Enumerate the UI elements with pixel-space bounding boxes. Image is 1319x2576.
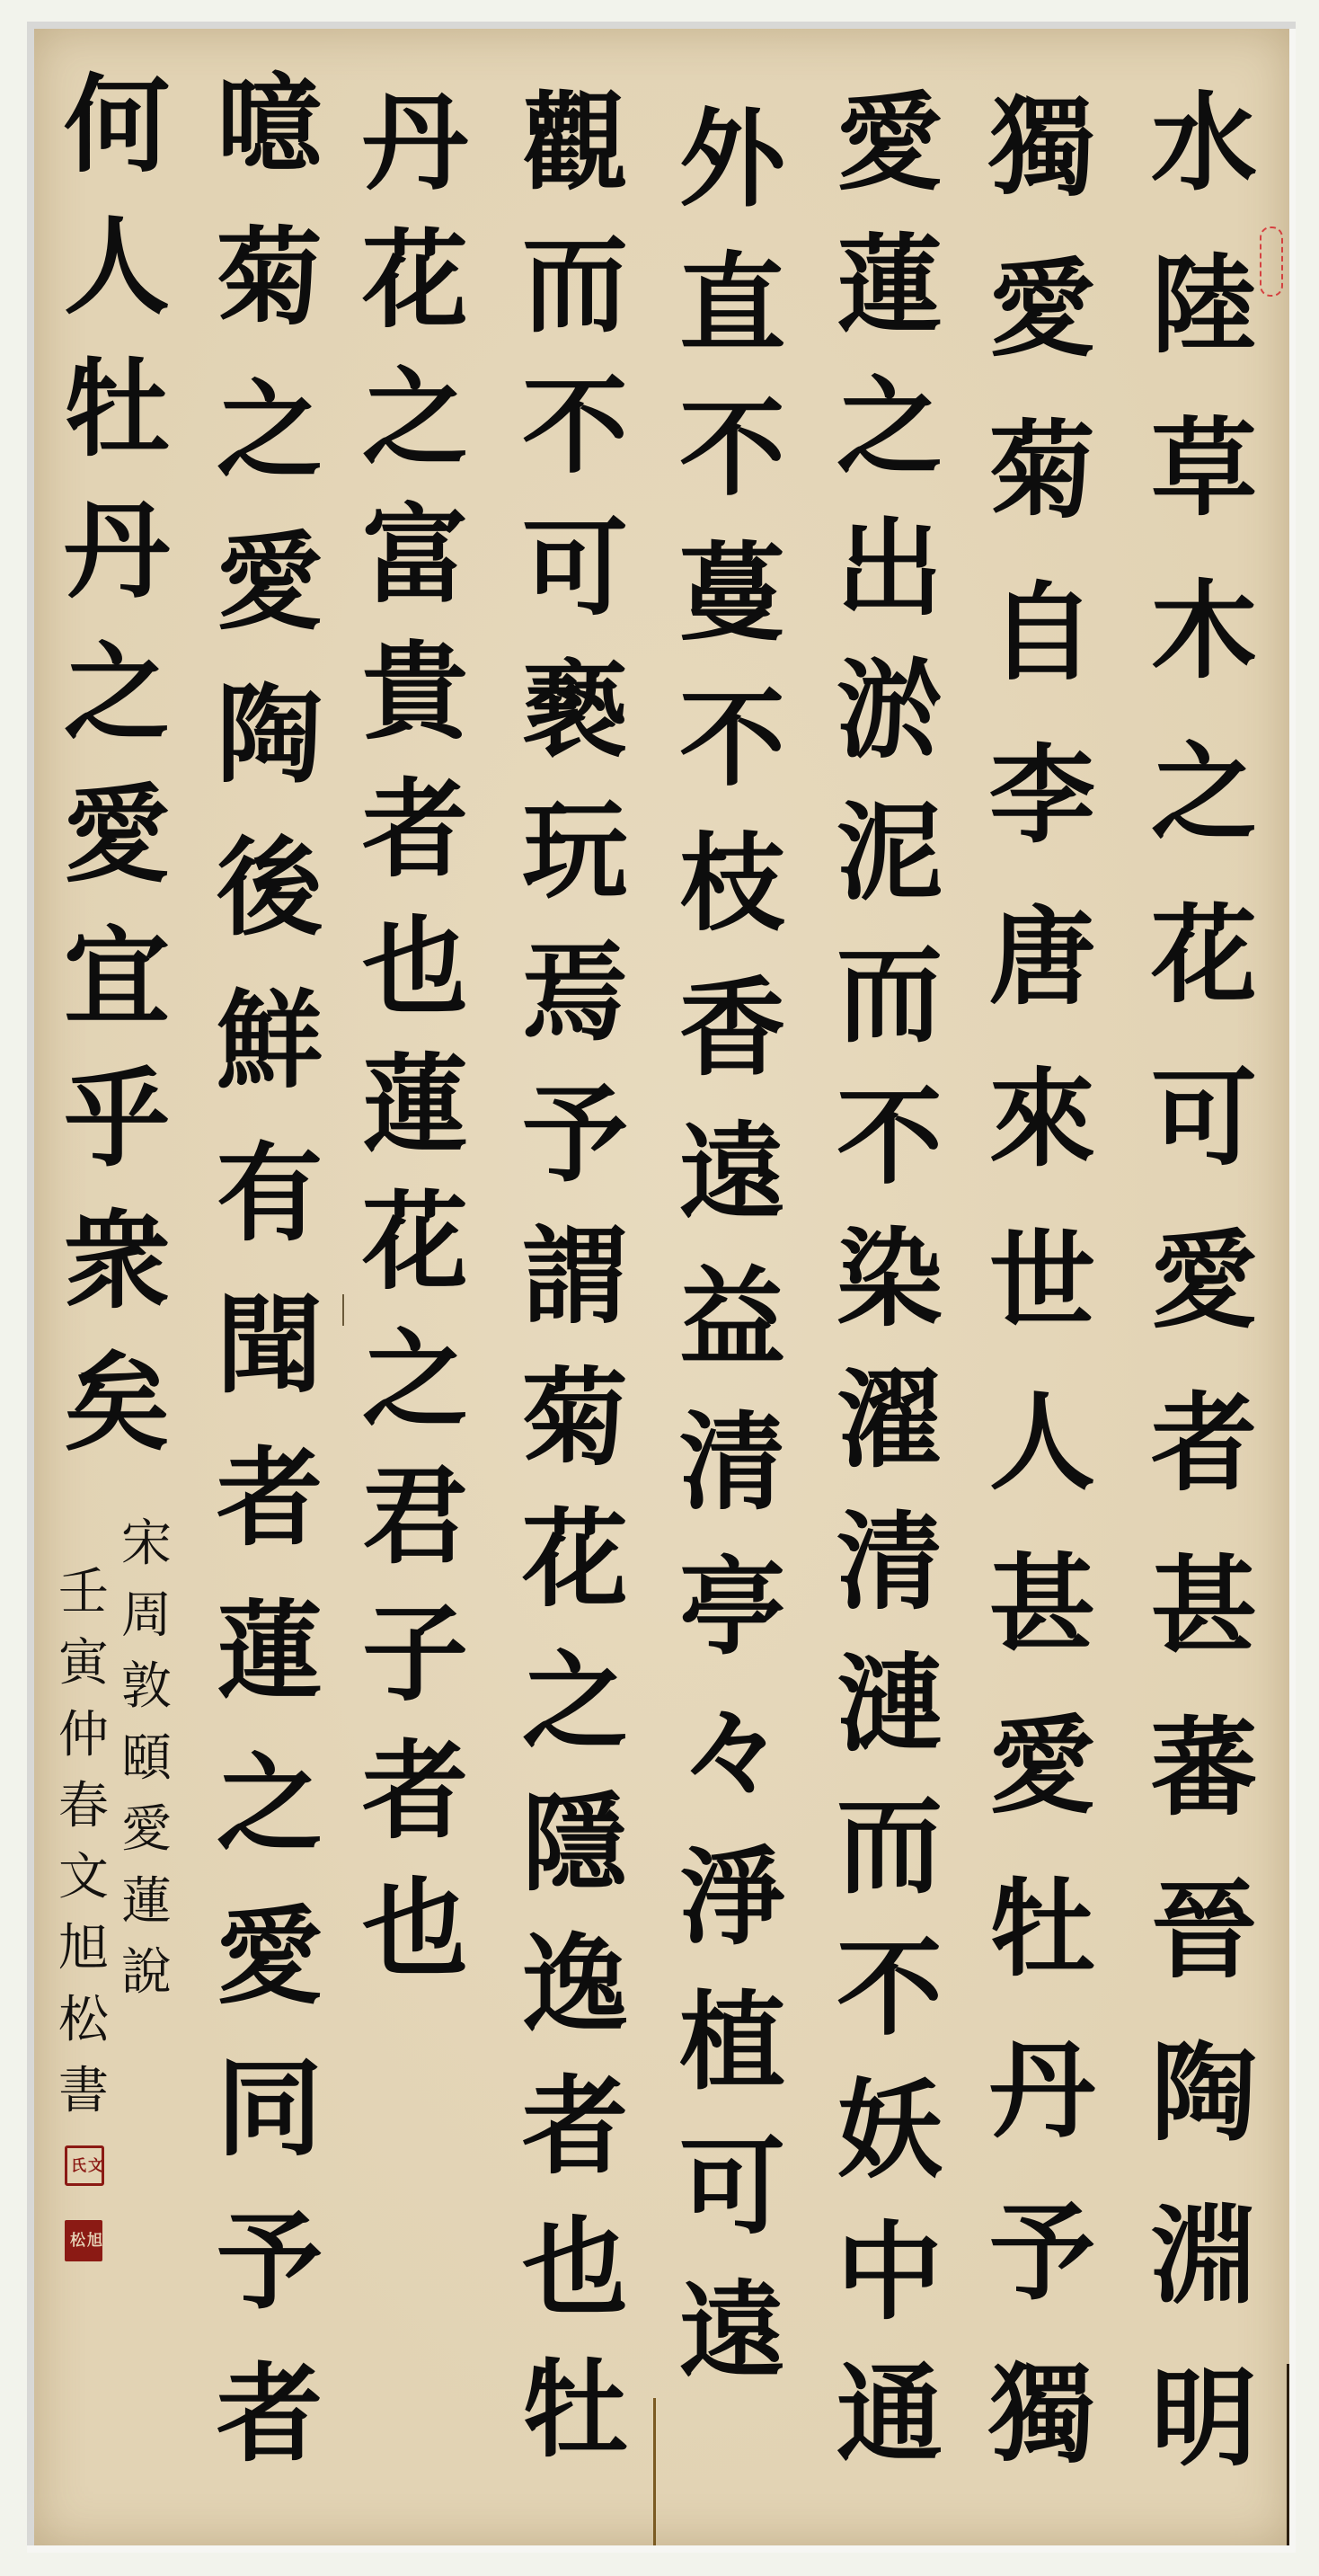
glyph: 而 [837,1793,943,1899]
glyph: 牡 [989,1876,1095,1982]
glyph: 逸 [522,1932,628,2038]
glyph: 有 [217,1141,323,1247]
studio-seal: 旭松 [65,2220,102,2261]
glyph: 壬 [58,1568,109,1618]
glyph: 之 [837,374,943,480]
glyph: 陸 [1151,253,1257,359]
glyph: 人 [989,1390,1095,1496]
text-column-3: 愛蓮之出淤泥而不染濯清漣而不妖中通 [809,90,970,2467]
inscription-signature-line: 壬寅仲春文旭松書 [48,1568,120,2117]
glyph: 之 [217,378,323,484]
glyph: 衆 [64,1208,170,1314]
glyph: 獨 [989,2361,1095,2467]
glyph: 不 [522,373,628,479]
glyph: 不 [679,395,785,502]
glyph: 蓮 [217,1598,323,1704]
glyph: 牡 [522,2357,628,2463]
glyph: 人 [64,214,170,320]
glyph: 々 [679,1699,785,1805]
glyph: 濯 [837,1367,943,1473]
glyph: 玩 [522,798,628,904]
glyph: 中 [837,2219,943,2325]
glyph: 也 [362,914,468,1020]
glyph: 菊 [522,1365,628,1471]
glyph: 旭 [58,1923,109,1974]
glyph: 外 [679,106,785,212]
glyph: 清 [837,1509,943,1615]
glyph: 不 [837,1084,943,1190]
text-column-2: 獨愛菊自李唐來世人甚愛牡丹予獨 [961,94,1123,2467]
glyph: 自 [989,580,1095,686]
glyph: 之 [362,365,468,471]
glyph: 聞 [217,1292,323,1399]
glyph: 噫 [217,72,323,178]
glyph: 也 [522,2215,628,2321]
glyph: 松 [58,1995,109,2046]
glyph: 何 [64,72,170,178]
glyph: 妖 [837,2077,943,2183]
glyph: 愛 [989,1713,1095,1819]
glyph: 花 [362,227,468,333]
glyph: 仲 [58,1710,109,1761]
glyph: 菊 [989,418,1095,524]
glyph: 李 [989,742,1095,848]
glyph: 甚 [1151,1553,1257,1659]
glyph: 春 [58,1781,109,1832]
glyph: 晉 [1151,1878,1257,1984]
glyph: 淤 [837,658,943,764]
glyph: 蔓 [679,540,785,646]
glyph: 宋 [121,1519,172,1569]
glyph: 蓮 [362,1052,468,1158]
frame-top-edge [27,22,1296,29]
glyph: 予 [217,2208,323,2314]
paper-seam-line [653,2398,656,2545]
glyph: 而 [522,232,628,338]
glyph: 可 [1151,1065,1257,1171]
glyph: 菊 [217,225,323,331]
glyph: 亭 [679,1554,785,1660]
glyph: 牡 [64,356,170,462]
text-column-7: 噫菊之愛陶後鮮有聞者蓮之愛同予者 [189,72,350,2467]
glyph: 敦 [121,1662,172,1712]
glyph: 獨 [989,94,1095,200]
glyph: 丹 [64,498,170,604]
glyph: 愛 [837,90,943,196]
glyph: 者 [217,1445,323,1551]
glyph: 寅 [58,1639,109,1689]
studio-seal-text: 旭松 [66,2232,101,2250]
glyph: 之 [522,1648,628,1754]
glyph: 而 [837,942,943,1048]
glyph: 花 [522,1506,628,1612]
glyph: 之 [217,1751,323,1857]
glyph: 隱 [522,1790,628,1896]
glyph: 丹 [989,2038,1095,2144]
glyph: 遠 [679,1120,785,1226]
text-column-4: 外直不蔓不枝香遠益清亭々淨植可遠 [651,106,813,2385]
paper-edge-line [1287,2364,1289,2545]
glyph: 者 [362,777,468,883]
frame-left-edge [27,22,34,2545]
glyph: 植 [679,1989,785,2095]
glyph: 愛 [217,1904,323,2010]
glyph: 遠 [679,2278,785,2385]
glyph: 愛 [64,782,170,888]
text-column-8: 何人牡丹之愛宜乎衆矣 [36,72,198,1456]
glyph: 矣 [64,1350,170,1456]
glyph: 愛 [989,256,1095,362]
glyph: 之 [362,1327,468,1433]
name-seal-text: 文氏 [67,2157,102,2175]
glyph: 子 [362,1601,468,1707]
glyph: 之 [64,640,170,746]
glyph: 焉 [522,940,628,1046]
glyph: 說 [121,1948,172,1998]
glyph: 不 [837,1935,943,2041]
glyph: 不 [679,686,785,792]
glyph: 者 [1151,1390,1257,1497]
glyph: 愛 [121,1805,172,1855]
glyph: 木 [1151,578,1257,684]
text-column-5: 觀而不可褻玩焉予謂菊花之隱逸者也牡 [494,90,656,2463]
name-seal: 文氏 [65,2145,104,2186]
glyph: 香 [679,975,785,1081]
glyph: 觀 [522,90,628,196]
glyph: 貴 [362,639,468,745]
glyph: 予 [522,1081,628,1187]
glyph: 頤 [121,1734,172,1784]
glyph: 富 [362,502,468,608]
glyph: 淵 [1151,2203,1257,2309]
glyph: 褻 [522,657,628,763]
glyph: 者 [522,2074,628,2180]
glyph: 出 [837,516,943,622]
glyph: 蕃 [1151,1715,1257,1821]
glyph: 花 [362,1189,468,1295]
glyph: 來 [989,1066,1095,1172]
glyph: 直 [679,251,785,357]
glyph: 也 [362,1876,468,1982]
glyph: 清 [679,1409,785,1515]
glyph: 予 [989,2199,1095,2305]
glyph: 可 [522,515,628,621]
glyph: 愛 [1151,1228,1257,1334]
glyph: 唐 [989,904,1095,1010]
glyph: 書 [58,2066,109,2117]
ink-mark [342,1294,344,1326]
glyph: 泥 [837,800,943,906]
glyph: 文 [58,1852,109,1903]
text-column-6: 丹花之富貴者也蓮花之君子者也 [334,90,496,1982]
glyph: 通 [837,2361,943,2467]
leading-seal [1260,227,1283,297]
glyph: 周 [121,1591,172,1641]
glyph: 丹 [362,90,468,196]
glyph: 陶 [1151,2040,1257,2146]
glyph: 淨 [679,1844,785,1950]
glyph: 乎 [64,1066,170,1172]
glyph: 染 [837,1226,943,1332]
glyph: 世 [989,1228,1095,1334]
glyph: 蓮 [837,232,943,338]
glyph: 甚 [989,1551,1095,1657]
glyph: 鮮 [217,988,323,1094]
glyph: 花 [1151,902,1257,1008]
glyph: 謂 [522,1223,628,1329]
glyph: 後 [217,835,323,941]
glyph: 陶 [217,682,323,788]
text-column-1: 水陸草木之花可愛者甚蕃晉陶淵明 [1123,90,1285,2472]
inscription-source-line: 宋周敦頤愛蓮說 [111,1519,182,1998]
glyph: 之 [1151,740,1257,846]
glyph: 者 [217,2361,323,2467]
glyph: 愛 [217,529,323,635]
glyph: 宜 [64,924,170,1030]
glyph: 明 [1151,2366,1257,2472]
glyph: 蓮 [121,1877,172,1927]
glyph: 枝 [679,831,785,937]
glyph: 漣 [837,1651,943,1757]
glyph: 者 [362,1738,468,1844]
glyph: 草 [1151,415,1257,521]
calligraphy-paper: 水陸草木之花可愛者甚蕃晉陶淵明 獨愛菊自李唐來世人甚愛牡丹予獨 愛蓮之出淤泥而不… [34,29,1289,2545]
glyph: 君 [362,1463,468,1569]
glyph: 水 [1151,90,1257,196]
glyph: 可 [679,2134,785,2240]
glyph: 益 [679,1265,785,1371]
glyph: 同 [217,2056,323,2162]
